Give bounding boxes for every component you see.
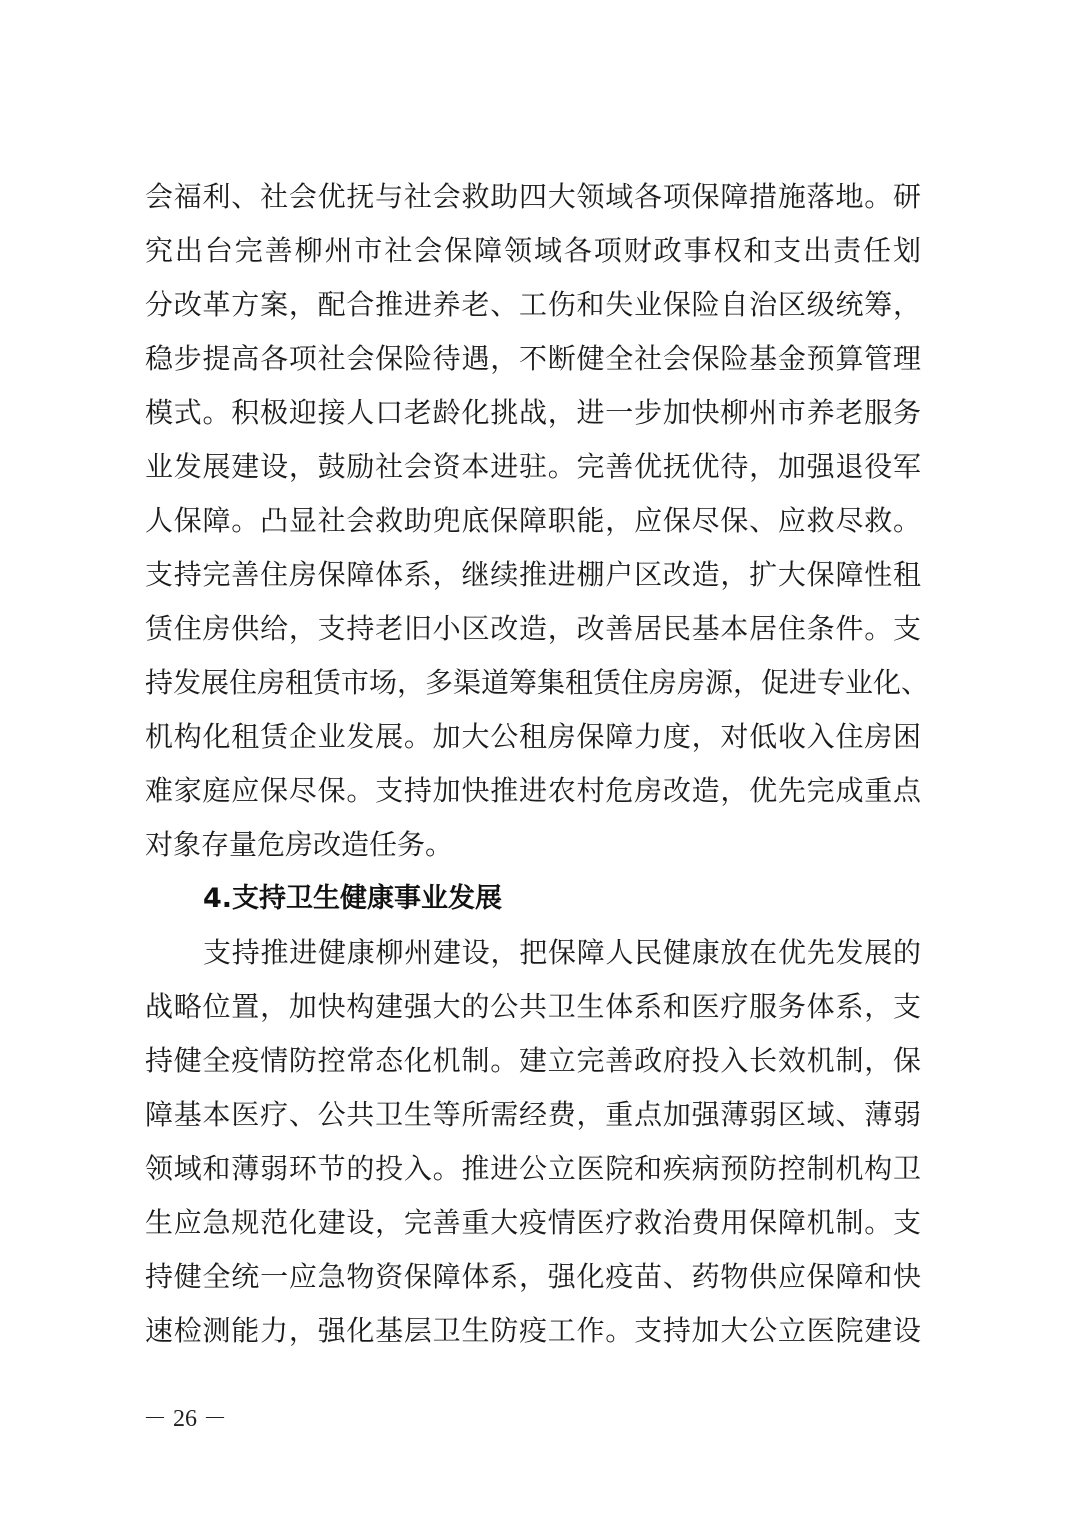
text-line: 领域和薄弱环节的投入。推进公立医院和疾病预防控制机构卫 bbox=[145, 1142, 921, 1196]
section-heading: 4.支持卫生健康事业发展 bbox=[145, 872, 921, 926]
text-line: 会福利、社会优抚与社会救助四大领域各项保障措施落地。研 bbox=[145, 170, 921, 224]
text-line: 障基本医疗、公共卫生等所需经费，重点加强薄弱区域、薄弱 bbox=[145, 1088, 921, 1142]
document-page: 会福利、社会优抚与社会救助四大领域各项保障措施落地。研 究出台完善柳州市社会保障… bbox=[0, 0, 1074, 1520]
text-line: 支持推进健康柳州建设，把保障人民健康放在优先发展的 bbox=[145, 926, 921, 980]
text-line: 究出台完善柳州市社会保障领域各项财政事权和支出责任划 bbox=[145, 224, 921, 278]
text-line: 战略位置，加快构建强大的公共卫生体系和医疗服务体系，支 bbox=[145, 980, 921, 1034]
text-line: 难家庭应保尽保。支持加快推进农村危房改造，优先完成重点 bbox=[145, 764, 921, 818]
text-line: 速检测能力，强化基层卫生防疫工作。支持加大公立医院建设 bbox=[145, 1304, 921, 1358]
text-line: 赁住房供给，支持老旧小区改造，改善居民基本居住条件。支 bbox=[145, 602, 921, 656]
text-line: 机构化租赁企业发展。加大公租房保障力度，对低收入住房困 bbox=[145, 710, 921, 764]
text-line: 对象存量危房改造任务。 bbox=[145, 818, 921, 872]
text-line: 人保障。凸显社会救助兜底保障职能，应保尽保、应救尽救。 bbox=[145, 494, 921, 548]
body-text: 会福利、社会优抚与社会救助四大领域各项保障措施落地。研 究出台完善柳州市社会保障… bbox=[145, 170, 921, 1358]
text-line: 业发展建设，鼓励社会资本进驻。完善优抚优待，加强退役军 bbox=[145, 440, 921, 494]
text-line: 稳步提高各项社会保险待遇，不断健全社会保险基金预算管理 bbox=[145, 332, 921, 386]
text-line: 持健全统一应急物资保障体系，强化疫苗、药物供应保障和快 bbox=[145, 1250, 921, 1304]
text-line: 持健全疫情防控常态化机制。建立完善政府投入长效机制，保 bbox=[145, 1034, 921, 1088]
text-line: 分改革方案，配合推进养老、工伤和失业保险自治区级统筹， bbox=[145, 278, 921, 332]
text-line: 支持完善住房保障体系，继续推进棚户区改造，扩大保障性租 bbox=[145, 548, 921, 602]
text-line: 模式。积极迎接人口老龄化挑战，进一步加快柳州市养老服务 bbox=[145, 386, 921, 440]
text-line: 生应急规范化建设，完善重大疫情医疗救治费用保障机制。支 bbox=[145, 1196, 921, 1250]
page-number: － 26 － bbox=[143, 1398, 227, 1433]
text-line: 持发展住房租赁市场，多渠道筹集租赁住房房源，促进专业化、 bbox=[145, 656, 921, 710]
